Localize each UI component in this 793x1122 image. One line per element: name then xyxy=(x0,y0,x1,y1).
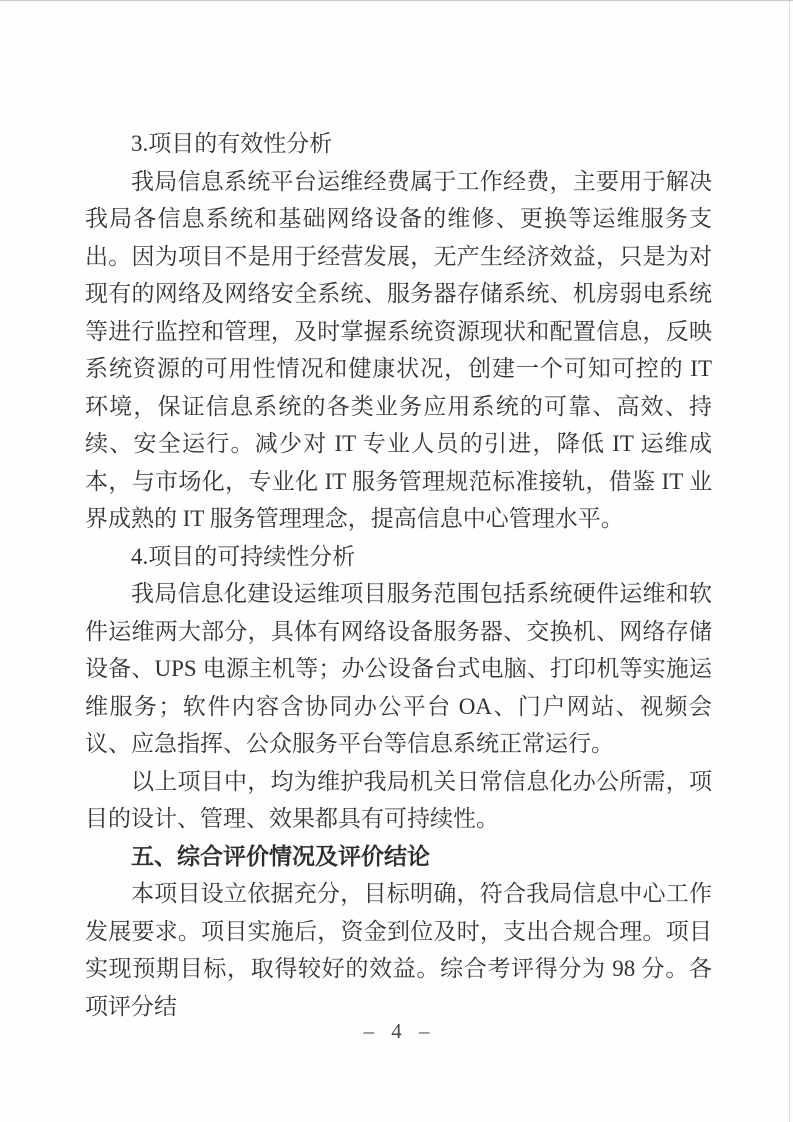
section-3-heading: 3.项目的有效性分析 xyxy=(85,125,712,163)
section-4-summary-paragraph: 以上项目中，均为维护我局机关日常信息化办公所需，项目的设计、管理、效果都具有可持… xyxy=(85,763,712,838)
document-page: 3.项目的有效性分析 我局信息系统平台运维经费属于工作经费，主要用于解决我局各信… xyxy=(0,0,793,1122)
section-4-heading: 4.项目的可持续性分析 xyxy=(85,538,712,576)
section-3-effectiveness-paragraph: 我局信息系统平台运维经费属于工作经费，主要用于解决我局各信息系统和基础网络设备的… xyxy=(85,163,712,538)
section-4-sustainability-paragraph: 我局信息化建设运维项目服务范围包括系统硬件运维和软件运维两大部分，具体有网络设备… xyxy=(85,575,712,763)
section-5-heading: 五、综合评价情况及评价结论 xyxy=(85,838,712,876)
page-number: – 4 – xyxy=(0,1017,793,1045)
document-body: 3.项目的有效性分析 我局信息系统平台运维经费属于工作经费，主要用于解决我局各信… xyxy=(85,125,712,1025)
scan-edge-shadow xyxy=(789,1,790,1122)
section-5-conclusion-paragraph: 本项目设立依据充分，目标明确，符合我局信息中心工作发展要求。项目实施后，资金到位… xyxy=(85,875,712,1025)
